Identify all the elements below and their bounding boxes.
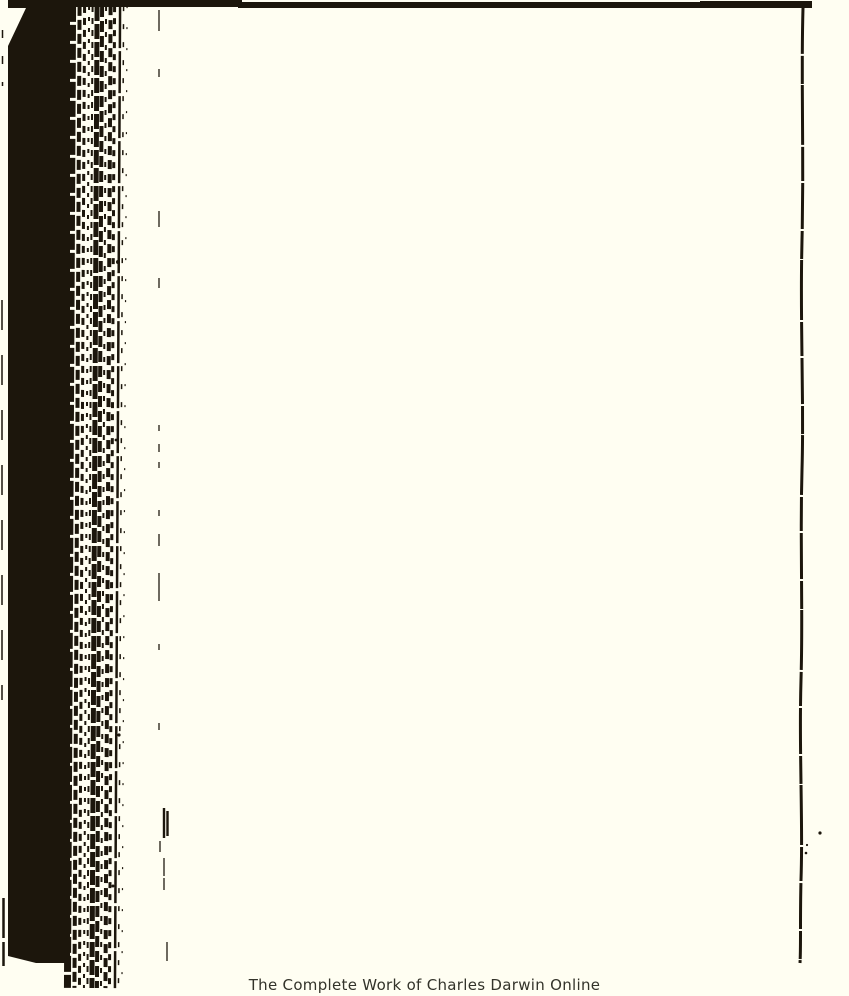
ink-speck — [805, 852, 808, 855]
ink-speck — [806, 844, 808, 846]
top-edge-bar — [8, 0, 812, 8]
crease-dark-double-stroke — [164, 808, 168, 838]
footer-caption: The Complete Work of Charles Darwin Onli… — [0, 978, 849, 993]
binding-shadow-band — [8, 5, 70, 963]
gutter-dash-line — [159, 10, 168, 961]
left-margin-hairline — [2, 30, 4, 966]
ink-speck — [818, 831, 821, 834]
right-page-edge-line — [800, 8, 822, 963]
top-edge-bar-right — [700, 1, 812, 8]
page-edge-streaks — [67, 6, 127, 988]
top-edge-bar-middle — [238, 2, 704, 8]
scan-artifacts-layer — [0, 0, 849, 996]
left-binding-shadow — [8, 5, 70, 963]
right-edge-stroke — [800, 8, 803, 963]
scanned-book-page: The Complete Work of Charles Darwin Onli… — [0, 0, 849, 996]
